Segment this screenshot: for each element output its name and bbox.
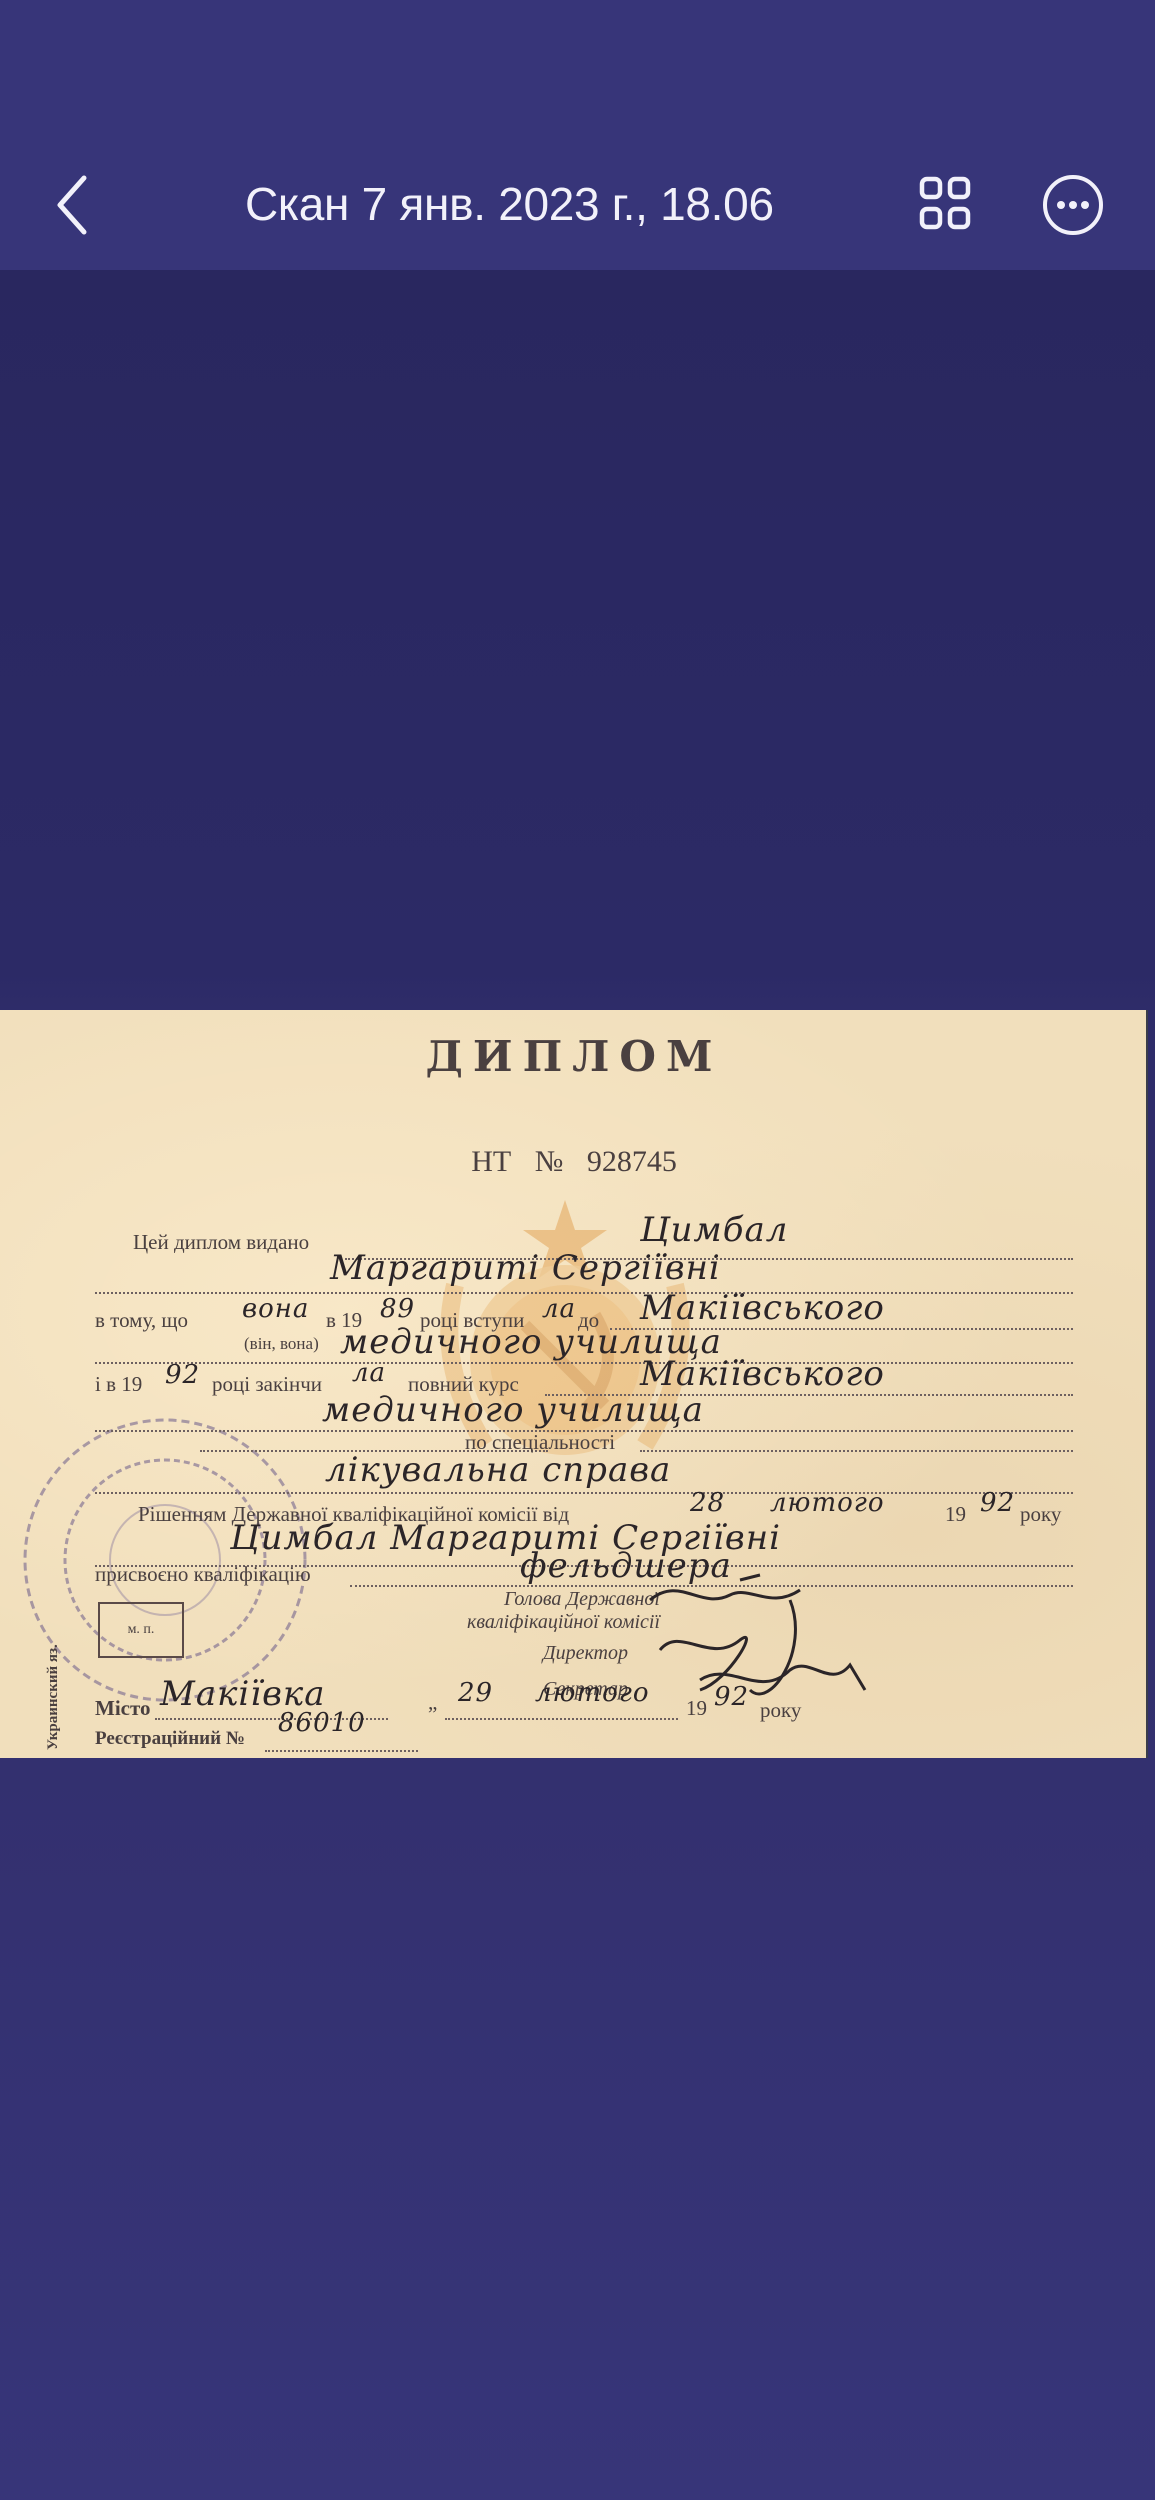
seal-place-label: м. п.	[128, 1622, 155, 1638]
document-title: ДИПЛОМ	[0, 1032, 1148, 1081]
issue-year: 92	[714, 1682, 749, 1712]
quote-mark: „	[428, 1690, 437, 1715]
more-options-button[interactable]	[1040, 172, 1106, 238]
finished-suffix: ла	[352, 1358, 386, 1388]
decision-day: 28	[690, 1488, 725, 1518]
seal-place-box: м. п.	[98, 1602, 184, 1658]
dotted-line	[95, 1492, 1073, 1494]
commission-head-label: Голова Державної кваліфікаційної комісії	[400, 1588, 660, 1634]
number-sign: №	[535, 1145, 564, 1178]
commission-head-label-2: кваліфікаційної комісії	[400, 1611, 660, 1634]
enrolled-suffix: ла	[542, 1294, 576, 1324]
school2-line1: Макіївського	[640, 1354, 885, 1394]
chevron-left-icon	[48, 170, 98, 240]
diploma-scan[interactable]: ДИПЛОМ НТ № 928745 Цей диплом видано Цим…	[0, 1010, 1148, 1758]
finish-year: 92	[165, 1360, 200, 1390]
enroll-year: 89	[380, 1294, 415, 1324]
issue-year-word: року	[760, 1698, 801, 1723]
given-names: Маргариті Сергіївні	[330, 1248, 721, 1288]
pronoun: вона	[242, 1294, 309, 1324]
commission-head-label-1: Голова Державної	[400, 1588, 660, 1611]
dotted-line	[95, 1362, 1073, 1364]
number-value: 928745	[587, 1145, 677, 1178]
diploma-series: НТ	[471, 1145, 511, 1178]
school2-line2: медичного училища	[322, 1390, 704, 1430]
year-word: року	[1020, 1502, 1061, 1527]
page-edge-shadow	[1146, 1010, 1148, 1758]
grid-icon	[916, 175, 976, 235]
dotted-line	[640, 1450, 1073, 1452]
registration-label: Реєстраційний №	[95, 1728, 245, 1750]
back-button[interactable]	[48, 170, 98, 240]
in-that-label: в тому, що	[95, 1308, 188, 1333]
specialty: лікувальна справа	[325, 1450, 671, 1490]
decision-month: лютого	[770, 1488, 885, 1518]
issue-year-prefix: 19	[686, 1696, 707, 1721]
ellipsis-circle-icon	[1040, 172, 1106, 238]
issued-label: Цей диплом видано	[133, 1230, 309, 1255]
dotted-line	[265, 1750, 418, 1752]
top-navigation-bar: Скан 7 янв. 2023 г., 18.06	[0, 0, 1155, 270]
finish-prefix: і в 19	[95, 1372, 142, 1397]
qualification-label: присвоєно кваліфікацію	[95, 1562, 311, 1587]
scan-title: Скан 7 янв. 2023 г., 18.06	[245, 174, 865, 234]
issue-day: 29	[458, 1678, 493, 1708]
pronoun-hint: (він, вона)	[244, 1334, 319, 1354]
issue-month: лютого	[535, 1678, 650, 1708]
registration-number: 86010	[278, 1708, 366, 1738]
surname: Цимбал	[640, 1210, 788, 1250]
finished-text: році закінчи	[212, 1372, 322, 1397]
decision-year-prefix: 19	[945, 1502, 966, 1527]
director-label: Директор	[400, 1642, 628, 1665]
city-label: Місто	[95, 1696, 151, 1721]
diploma-number: НТ № 928745	[0, 1145, 1148, 1179]
language-note: Украинский яз.	[45, 1644, 62, 1750]
dotted-line	[445, 1718, 678, 1720]
grid-view-button[interactable]	[916, 175, 976, 235]
decision-year: 92	[980, 1488, 1015, 1518]
